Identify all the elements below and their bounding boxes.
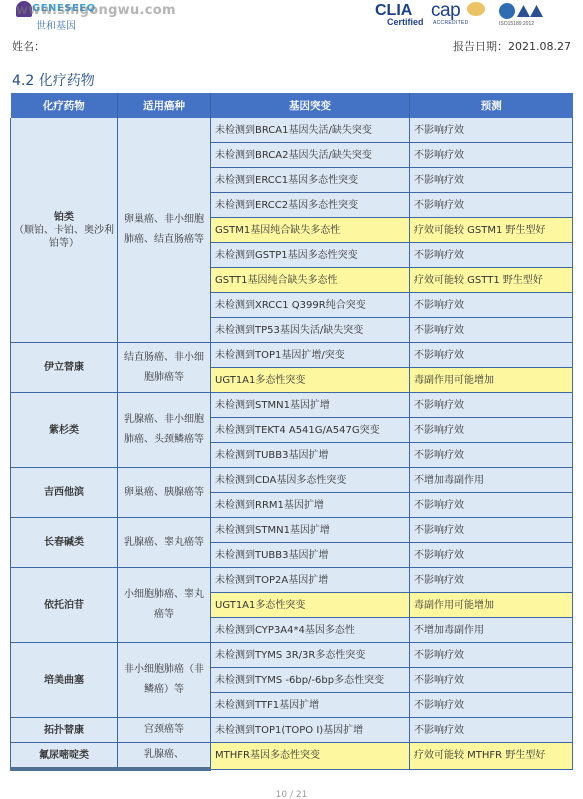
prediction-cell: 不影响疗效 <box>410 143 573 168</box>
drug-name: 紫杉类 <box>49 425 79 436</box>
prediction-cell: 不影响疗效 <box>410 443 573 468</box>
prediction-cell: 毒副作用可能增加 <box>410 593 573 618</box>
prediction-cell: 不影响疗效 <box>410 393 573 418</box>
table-row: 培美曲塞非小细胞肺癌（非鳞癌）等未检测到TYMS 3R/3R多态性突变不影响疗效 <box>11 643 573 668</box>
gene-mutation-cell: 未检测到XRCC1 Q399R纯合突变 <box>211 293 410 318</box>
gene-mutation-cell: UGT1A1多态性突变 <box>211 593 410 618</box>
cancer-type-cell: 卵巢癌、胰腺癌等 <box>118 468 211 518</box>
table-row: 紫杉类乳腺癌、非小细胞肺癌、头颈鳞癌等未检测到STMN1基因扩增不影响疗效 <box>11 393 573 418</box>
cancer-type-cell: 乳腺癌、睾丸癌等 <box>118 518 211 568</box>
drug-cell: 伊立替康 <box>11 343 118 393</box>
prediction-cell: 不影响疗效 <box>410 718 573 743</box>
drug-name: 依托泊苷 <box>44 600 84 611</box>
gene-mutation-cell: 未检测到BRCA2基因失活/缺失突变 <box>211 143 410 168</box>
gene-mutation-cell: 未检测到TYMS 3R/3R多态性突变 <box>211 643 410 668</box>
gene-mutation-cell: UGT1A1多态性突变 <box>211 368 410 393</box>
drug-name: 拓扑替康 <box>44 725 84 736</box>
prediction-cell: 疗效可能较 GSTT1 野生型好 <box>410 268 573 293</box>
cancer-type-cell: 卵巢癌、非小细胞肺癌、结直肠癌等 <box>118 118 211 343</box>
gene-mutation-cell: 未检测到STMN1基因扩增 <box>211 393 410 418</box>
gene-mutation-cell: 未检测到TEKT4 A541G/A547G突变 <box>211 418 410 443</box>
gene-mutation-cell: 未检测到TOP1基因扩增/突变 <box>211 343 410 368</box>
gene-mutation-cell: GSTM1基因纯合缺失多态性 <box>211 218 410 243</box>
drug-examples: （顺铂、卡铂、奥沙利铂等） <box>13 224 115 250</box>
gene-mutation-cell: 未检测到TUBB3基因扩增 <box>211 543 410 568</box>
gene-mutation-cell: 未检测到RRM1基因扩增 <box>211 493 410 518</box>
prediction-cell: 不影响疗效 <box>410 293 573 318</box>
prediction-cell: 不影响疗效 <box>410 168 573 193</box>
patient-name-label: 姓名： <box>12 38 45 54</box>
table-header-row: 化疗药物 适用癌种 基因突变 预测 <box>11 93 573 118</box>
iso-badge-icon <box>499 3 515 19</box>
prediction-cell: 不影响疗效 <box>410 543 573 568</box>
company-logo: GENESEEQ 世和基因 www.shigongwu.com <box>10 1 150 31</box>
table-row: 吉西他滨卵巢癌、胰腺癌等未检测到CDA基因多态性突变不增加毒副作用 <box>11 468 573 493</box>
cancer-type-cell: 乳腺癌、 <box>118 743 211 770</box>
section-title: 4.2 化疗药物 <box>12 70 95 90</box>
drug-name: 吉西他滨 <box>44 487 84 498</box>
drug-name: 培美曲塞 <box>44 675 84 686</box>
header-prediction: 预测 <box>410 93 573 118</box>
prediction-cell: 不影响疗效 <box>410 193 573 218</box>
watermark: www.shigongwu.com <box>16 3 176 18</box>
cap-accredited-label: ACCREDITED <box>433 20 469 26</box>
gene-mutation-cell: 未检测到TTF1基因扩增 <box>211 693 410 718</box>
drug-cell: 紫杉类 <box>11 393 118 468</box>
drug-name: 氟尿嘧啶类 <box>39 750 89 761</box>
gene-mutation-cell: 未检测到GSTP1基因多态性突变 <box>211 243 410 268</box>
header-cancer: 适用癌种 <box>118 93 211 118</box>
cancer-type-cell: 乳腺癌、非小细胞肺癌、头颈鳞癌等 <box>118 393 211 468</box>
prediction-cell: 不影响疗效 <box>410 668 573 693</box>
table-row: 长春碱类乳腺癌、睾丸癌等未检测到STMN1基因扩增不影响疗效 <box>11 518 573 543</box>
prediction-cell: 不影响疗效 <box>410 568 573 593</box>
drug-cell: 氟尿嘧啶类 <box>11 743 118 770</box>
drug-cell: 依托泊苷 <box>11 568 118 643</box>
cancer-type-cell: 宫颈癌等 <box>118 718 211 743</box>
prediction-cell: 不影响疗效 <box>410 693 573 718</box>
cancer-type-cell: 结直肠癌、非小细胞肺癌等 <box>118 343 211 393</box>
drug-cell: 拓扑替康 <box>11 718 118 743</box>
gene-mutation-cell: 未检测到TUBB3基因扩增 <box>211 443 410 468</box>
cap-check-icon <box>467 2 485 16</box>
header-drug: 化疗药物 <box>11 93 118 118</box>
gene-mutation-cell: 未检测到TP53基因失活/缺失突变 <box>211 318 410 343</box>
table-row: 伊立替康结直肠癌、非小细胞肺癌等未检测到TOP1基因扩增/突变不影响疗效 <box>11 343 573 368</box>
gene-mutation-cell: 未检测到ERCC1基因多态性突变 <box>211 168 410 193</box>
clia-logo: CLIA <box>375 4 412 18</box>
gene-mutation-cell: 未检测到TYMS -6bp/-6bp多态性突变 <box>211 668 410 693</box>
cap-logo: cap <box>431 2 460 20</box>
logo-chinese: 世和基因 <box>36 17 76 32</box>
drug-name: 铂类 <box>54 212 74 223</box>
cnas-badge-icon <box>517 5 543 17</box>
drug-cell: 铂类（顺铂、卡铂、奥沙利铂等） <box>11 118 118 343</box>
table-row: 氟尿嘧啶类乳腺癌、MTHFR基因多态性突变疗效可能较 MTHFR 野生型好 <box>11 743 573 770</box>
table-body: 铂类（顺铂、卡铂、奥沙利铂等）卵巢癌、非小细胞肺癌、结直肠癌等未检测到BRCA1… <box>11 118 573 769</box>
drug-name: 长春碱类 <box>44 537 84 548</box>
table-row: 依托泊苷小细胞肺癌、睾丸癌等未检测到TOP2A基因扩增不影响疗效 <box>11 568 573 593</box>
prediction-cell: 不影响疗效 <box>410 493 573 518</box>
certification-logos: CLIA Certified cap ACCREDITED ISO15189:2… <box>365 2 565 30</box>
drug-cell: 培美曲塞 <box>11 643 118 718</box>
clia-certified-label: Certified <box>387 17 424 27</box>
prediction-cell: 不影响疗效 <box>410 643 573 668</box>
gene-mutation-cell: 未检测到ERCC2基因多态性突变 <box>211 193 410 218</box>
table-row: 铂类（顺铂、卡铂、奥沙利铂等）卵巢癌、非小细胞肺癌、结直肠癌等未检测到BRCA1… <box>11 118 573 143</box>
prediction-cell: 不影响疗效 <box>410 418 573 443</box>
drug-cell: 长春碱类 <box>11 518 118 568</box>
drug-name: 伊立替康 <box>44 362 84 373</box>
gene-mutation-cell: 未检测到BRCA1基因失活/缺失突变 <box>211 118 410 143</box>
gene-mutation-cell: 未检测到CDA基因多态性突变 <box>211 468 410 493</box>
prediction-cell: 不影响疗效 <box>410 243 573 268</box>
page-number: 10 / 21 <box>0 790 583 799</box>
prediction-cell: 疗效可能较 MTHFR 野生型好 <box>410 743 573 770</box>
prediction-cell: 不影响疗效 <box>410 518 573 543</box>
gene-mutation-cell: 未检测到TOP1(TOPO I)基因扩增 <box>211 718 410 743</box>
report-date: 报告日期：2021.08.27 <box>453 38 571 54</box>
report-header: GENESEEQ 世和基因 www.shigongwu.com CLIA Cer… <box>0 0 583 34</box>
drug-cell: 吉西他滨 <box>11 468 118 518</box>
prediction-cell: 不增加毒副作用 <box>410 618 573 643</box>
gene-mutation-cell: 未检测到CYP3A4*4基因多态性 <box>211 618 410 643</box>
prediction-cell: 不影响疗效 <box>410 118 573 143</box>
prediction-cell: 不影响疗效 <box>410 343 573 368</box>
gene-mutation-cell: MTHFR基因多态性突变 <box>211 743 410 770</box>
iso-label: ISO15189:2012 <box>499 21 534 27</box>
cancer-type-cell: 小细胞肺癌、睾丸癌等 <box>118 568 211 643</box>
prediction-cell: 不增加毒副作用 <box>410 468 573 493</box>
gene-mutation-cell: 未检测到STMN1基因扩增 <box>211 518 410 543</box>
chemo-drug-table: 化疗药物 适用癌种 基因突变 预测 铂类（顺铂、卡铂、奥沙利铂等）卵巢癌、非小细… <box>10 93 573 771</box>
cancer-type-cell: 非小细胞肺癌（非鳞癌）等 <box>118 643 211 718</box>
gene-mutation-cell: 未检测到TOP2A基因扩增 <box>211 568 410 593</box>
prediction-cell: 不影响疗效 <box>410 318 573 343</box>
header-gene: 基因突变 <box>211 93 410 118</box>
table-row: 拓扑替康宫颈癌等未检测到TOP1(TOPO I)基因扩增不影响疗效 <box>11 718 573 743</box>
prediction-cell: 疗效可能较 GSTM1 野生型好 <box>410 218 573 243</box>
gene-mutation-cell: GSTT1基因纯合缺失多态性 <box>211 268 410 293</box>
prediction-cell: 毒副作用可能增加 <box>410 368 573 393</box>
